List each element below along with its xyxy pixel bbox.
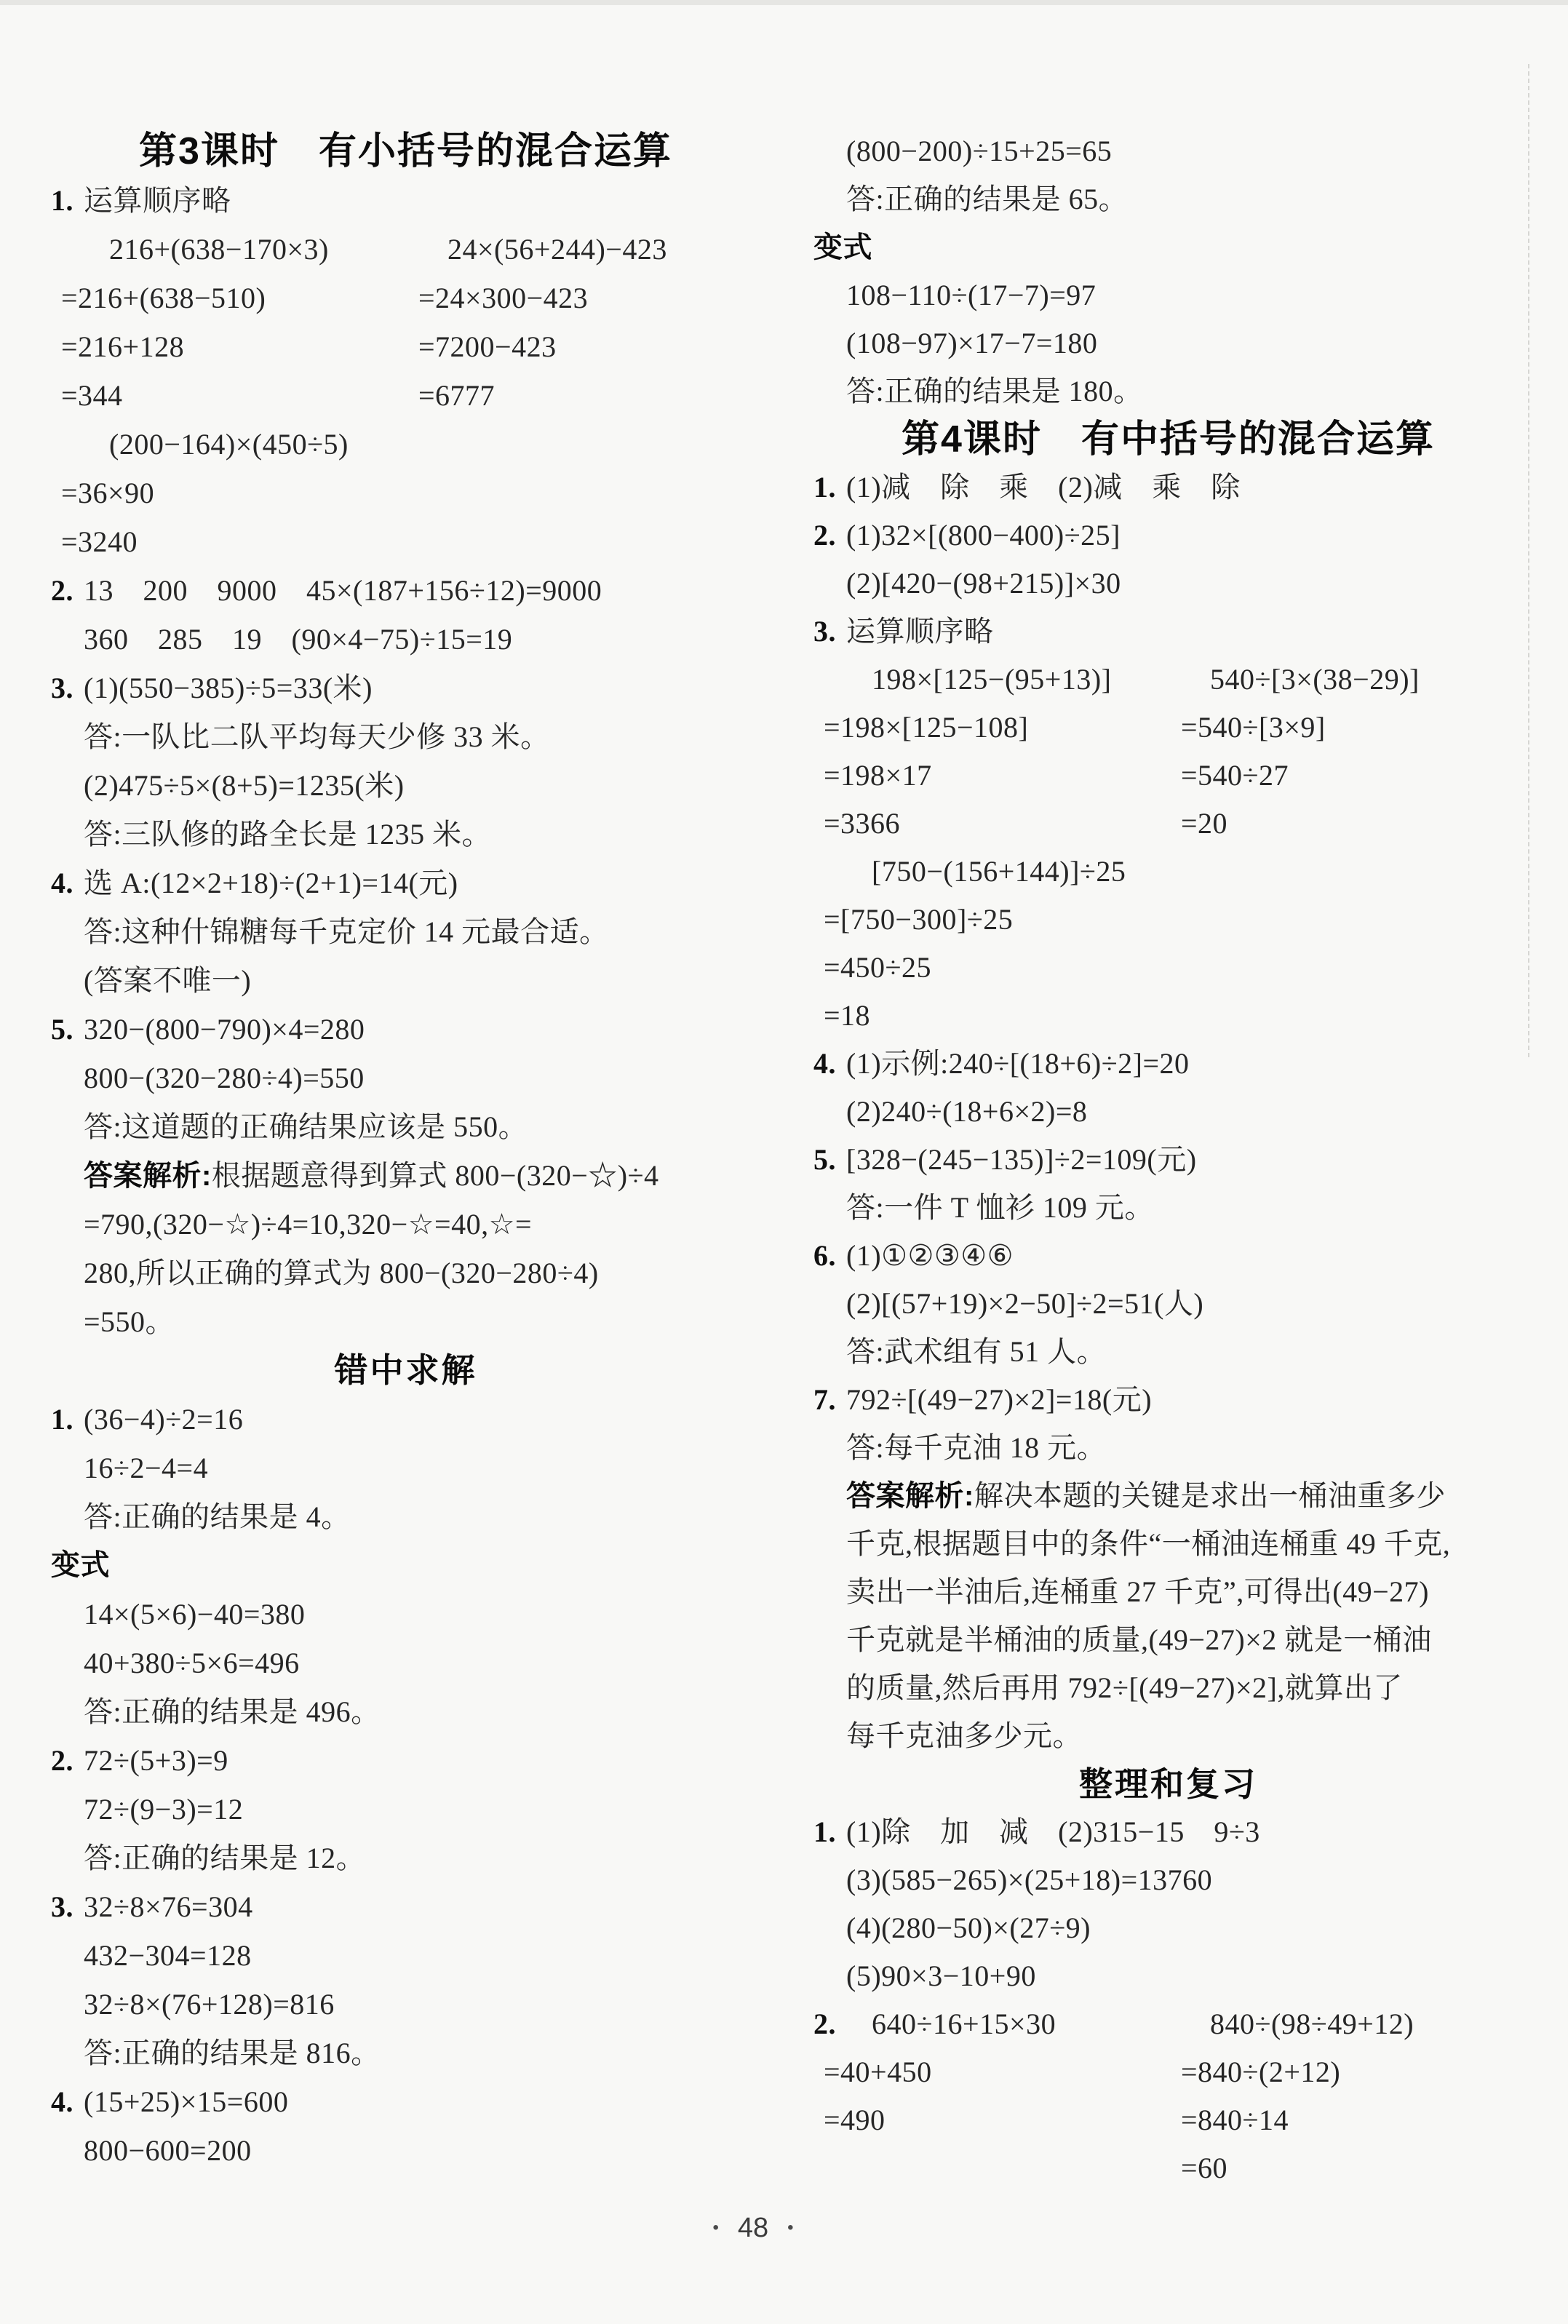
math-line: =3366=20 <box>813 800 1523 848</box>
text-line: (答案不唯一) <box>51 956 760 1005</box>
analysis-label: 答案解析: <box>846 1480 974 1512</box>
text-line: 32÷8×(76+128)=816 <box>51 1980 760 2029</box>
item-number: 6. <box>813 1232 836 1280</box>
math-line: =[750−300]÷25 <box>813 896 1523 944</box>
line-text: 32÷8×76=304 <box>84 1882 253 1931</box>
text-line: 800−600=200 <box>51 2126 760 2175</box>
item-number: 2. <box>51 566 73 615</box>
page-number: • 48 • <box>677 2205 829 2251</box>
math-step-right: 24×(56+244)−423 <box>447 225 667 274</box>
math-step-left: =3240 <box>61 517 138 566</box>
item-number: 2. <box>813 512 836 560</box>
line-text: (2)475÷5×(8+5)=1235(米) <box>84 761 405 810</box>
item-number: 1. <box>813 463 836 512</box>
numbered-line: 2.13 200 9000 45×(187+156÷12)=9000 <box>51 566 760 615</box>
line-text: 108−110÷(17−7)=97 <box>846 271 1096 319</box>
line-text: (2)[420−(98+215)]×30 <box>846 560 1121 608</box>
item-number: 5. <box>813 1136 836 1184</box>
text-line: 答:这种什锦糖每千克定价 14 元最合适。 <box>51 907 760 956</box>
line-text: 答:一队比二队平均每天少修 33 米。 <box>84 712 550 761</box>
line-text: 千克,根据题目中的条件“一桶油连桶重 49 千克, <box>846 1520 1450 1568</box>
numbered-line: 4.选 A:(12×2+18)÷(2+1)=14(元) <box>51 859 760 907</box>
math-step-left: =3366 <box>824 800 900 848</box>
numbered-line: 1.运算顺序略 <box>51 176 760 225</box>
math-line: 216+(638−170×3)24×(56+244)−423 <box>51 225 760 274</box>
line-text: 答:正确的结果是 496。 <box>84 1687 381 1736</box>
math-step-right: =540÷27 <box>1181 752 1289 800</box>
line-text: 运算顺序略 <box>84 176 231 225</box>
item-number: 4. <box>51 859 73 907</box>
lesson-title-text: 第4课时 有中括号的混合运算 <box>813 415 1523 463</box>
math-line: =216+128=7200−423 <box>51 322 760 371</box>
math-step-left: =216+128 <box>61 322 184 371</box>
line-text: (1)①②③④⑥ <box>846 1232 1014 1280</box>
math-step-left: =36×90 <box>61 469 154 517</box>
line-text: 13 200 9000 45×(187+156÷12)=9000 <box>84 566 602 615</box>
text-line: 答:三队修的路全长是 1235 米。 <box>51 810 760 859</box>
line-text: 选 A:(12×2+18)÷(2+1)=14(元) <box>84 859 458 907</box>
numbered-line: 3.运算顺序略 <box>813 608 1523 656</box>
section-header: 错中求解 <box>51 1346 760 1395</box>
numbered-line: 3.(1)(550−385)÷5=33(米) <box>51 664 760 712</box>
text-line: 答:一队比二队平均每天少修 33 米。 <box>51 712 760 761</box>
line-text: 答:这道题的正确结果应该是 550。 <box>84 1102 528 1151</box>
left-column: 第3课时 有小括号的混合运算1.运算顺序略216+(638−170×3)24×(… <box>51 127 760 2175</box>
item-number: 1. <box>813 1808 836 1856</box>
math-step-right: =24×300−423 <box>418 274 588 322</box>
math-step-left: (200−164)×(450÷5) <box>109 420 349 469</box>
line-text: (108−97)×17−7=180 <box>846 319 1097 367</box>
line-text: (36−4)÷2=16 <box>84 1395 243 1444</box>
text-line: 280,所以正确的算式为 800−(320−280÷4) <box>51 1249 760 1297</box>
math-line: =198×17=540÷27 <box>813 752 1523 800</box>
line-text: 答:一件 T 恤衫 109 元。 <box>846 1184 1154 1232</box>
variant-label: 变式 <box>813 223 872 271</box>
line-text: 800−(320−280÷4)=550 <box>84 1054 365 1102</box>
math-line: [750−(156+144)]÷25 <box>813 848 1523 896</box>
line-text: 卖出一半油后,连桶重 27 千克”,可得出(49−27) <box>846 1568 1429 1616</box>
text-line: 答:正确的结果是 496。 <box>51 1687 760 1736</box>
math-line: =36×90 <box>51 469 760 517</box>
text-line: 答:这道题的正确结果应该是 550。 <box>51 1102 760 1151</box>
math-step-left: =216+(638−510) <box>61 274 266 322</box>
analysis-line: 答案解析:解决本题的关键是求出一桶油重多少 <box>813 1472 1523 1520</box>
item-number: 4. <box>51 2077 73 2126</box>
line-text: 千克就是半桶油的质量,(49−27)×2 就是一桶油 <box>846 1616 1432 1664</box>
text-line: 答:正确的结果是 816。 <box>51 2029 760 2077</box>
text-line: (2)[(57+19)×2−50]÷2=51(人) <box>813 1280 1523 1328</box>
line-text: 答:正确的结果是 816。 <box>84 2029 381 2077</box>
math-step-right: =20 <box>1181 800 1227 848</box>
line-text: (1)除 加 减 (2)315−15 9÷3 <box>846 1808 1260 1856</box>
analysis-text: 答案解析:解决本题的关键是求出一桶油重多少 <box>846 1472 1446 1520</box>
line-text: 16÷2−4=4 <box>84 1444 208 1492</box>
line-text: (1)示例:240÷[(18+6)÷2]=20 <box>846 1040 1190 1088</box>
text-line: (3)(585−265)×(25+18)=13760 <box>813 1856 1523 1904</box>
numbered-line: 5.[328−(245−135)]÷2=109(元) <box>813 1136 1523 1184</box>
numbered-line: 1.(1)减 除 乘 (2)减 乘 除 <box>813 463 1523 512</box>
line-text: 答:武术组有 51 人。 <box>846 1328 1106 1376</box>
line-text: (1)32×[(800−400)÷25] <box>846 512 1121 560</box>
line-text: 72÷(9−3)=12 <box>84 1785 243 1834</box>
analysis-label: 答案解析: <box>84 1160 212 1192</box>
text-line: 108−110÷(17−7)=97 <box>813 271 1523 319</box>
line-text: 运算顺序略 <box>846 608 994 656</box>
item-number: 3. <box>813 608 836 656</box>
item-number: 1. <box>51 176 73 225</box>
math-step-left: =198×[125−108] <box>824 704 1028 752</box>
right-column: (800−200)÷15+25=65答:正确的结果是 65。变式108−110÷… <box>813 127 1523 2192</box>
item-number: 2. <box>813 2000 836 2048</box>
line-text: 的质量,然后再用 792÷[(49−27)×2],就算出了 <box>846 1664 1403 1712</box>
line-text: (3)(585−265)×(25+18)=13760 <box>846 1856 1212 1904</box>
text-line: 卖出一半油后,连桶重 27 千克”,可得出(49−27) <box>813 1568 1523 1616</box>
numbered-line: 5.320−(800−790)×4=280 <box>51 1005 760 1054</box>
line-text: [328−(245−135)]÷2=109(元) <box>846 1136 1197 1184</box>
math-line: =40+450=840÷(2+12) <box>813 2048 1523 2096</box>
item-number: 3. <box>51 1882 73 1931</box>
math-step-left: =[750−300]÷25 <box>824 896 1013 944</box>
variant-label-line: 变式 <box>51 1541 760 1590</box>
text-line: 答:正确的结果是 4。 <box>51 1492 760 1541</box>
line-text: 14×(5×6)−40=380 <box>84 1590 305 1639</box>
numbered-line: 4.(15+25)×15=600 <box>51 2077 760 2126</box>
page-fold-dashed-line <box>1528 64 1529 1057</box>
line-text: (答案不唯一) <box>84 956 251 1005</box>
text-line: (2)[420−(98+215)]×30 <box>813 560 1523 608</box>
math-step-left: =198×17 <box>824 752 932 800</box>
math-step-left: =490 <box>824 2096 886 2144</box>
line-text: 40+380÷5×6=496 <box>84 1639 300 1687</box>
line-text: 答:每千克油 18 元。 <box>846 1424 1106 1472</box>
text-line: (108−97)×17−7=180 <box>813 319 1523 367</box>
line-text: (2)[(57+19)×2−50]÷2=51(人) <box>846 1280 1203 1328</box>
text-line: 答:一件 T 恤衫 109 元。 <box>813 1184 1523 1232</box>
math-line: =450÷25 <box>813 944 1523 992</box>
text-line: =550。 <box>51 1297 760 1346</box>
line-text: (15+25)×15=600 <box>84 2077 288 2126</box>
line-text: =550。 <box>84 1297 175 1346</box>
math-step-right: =840÷(2+12) <box>1181 2048 1340 2096</box>
math-line: =60 <box>813 2144 1523 2192</box>
item-number: 1. <box>51 1395 73 1444</box>
line-text: 72÷(5+3)=9 <box>84 1736 228 1785</box>
numbered-line: 1.(1)除 加 减 (2)315−15 9÷3 <box>813 1808 1523 1856</box>
analysis-text: 答案解析:根据题意得到算式 800−(320−☆)÷4 <box>84 1151 659 1201</box>
text-line: 千克,根据题目中的条件“一桶油连桶重 49 千克, <box>813 1520 1523 1568</box>
text-line: 432−304=128 <box>51 1931 760 1980</box>
line-text: 792÷[(49−27)×2]=18(元) <box>846 1376 1152 1424</box>
text-line: (4)(280−50)×(27÷9) <box>813 1904 1523 1952</box>
line-text: 每千克油多少元。 <box>846 1712 1082 1760</box>
workbook-answer-page: 第3课时 有小括号的混合运算1.运算顺序略216+(638−170×3)24×(… <box>0 0 1568 2324</box>
text-line: 360 285 19 (90×4−75)÷15=19 <box>51 615 760 664</box>
text-line: 答:正确的结果是 12。 <box>51 1834 760 1882</box>
numbered-line: 3.32÷8×76=304 <box>51 1882 760 1931</box>
scan-edge-artifact <box>0 0 1568 5</box>
line-text: (5)90×3−10+90 <box>846 1952 1036 2000</box>
math-step-left: 198×[125−(95+13)] <box>872 656 1111 704</box>
analysis-line: 答案解析:根据题意得到算式 800−(320−☆)÷4 <box>51 1151 760 1200</box>
text-line: 答:每千克油 18 元。 <box>813 1424 1523 1472</box>
math-step-left: =450÷25 <box>824 944 931 992</box>
page-number-left-dot: • <box>712 2218 718 2238</box>
math-line: 198×[125−(95+13)]540÷[3×(38−29)] <box>813 656 1523 704</box>
line-text: (1)(550−385)÷5=33(米) <box>84 664 373 712</box>
math-step-left: 216+(638−170×3) <box>109 225 329 274</box>
math-step-right: =60 <box>1181 2144 1227 2192</box>
math-line: (200−164)×(450÷5) <box>51 420 760 469</box>
text-line: 40+380÷5×6=496 <box>51 1639 760 1687</box>
text-line: 的质量,然后再用 792÷[(49−27)×2],就算出了 <box>813 1664 1523 1712</box>
lesson-title: 第4课时 有中括号的混合运算 <box>813 415 1523 463</box>
math-step-left: 640÷16+15×30 <box>872 2000 1056 2048</box>
page-number-right-dot: • <box>787 2218 793 2238</box>
line-text: 答:这种什锦糖每千克定价 14 元最合适。 <box>84 907 609 956</box>
numbered-math-line: 2.640÷16+15×30840÷(98÷49+12) <box>813 2000 1523 2048</box>
math-step-right: 840÷(98÷49+12) <box>1210 2000 1414 2048</box>
numbered-line: 6.(1)①②③④⑥ <box>813 1232 1523 1280</box>
math-line: =344=6777 <box>51 371 760 420</box>
line-text: 280,所以正确的算式为 800−(320−280÷4) <box>84 1249 599 1297</box>
line-text: 32÷8×(76+128)=816 <box>84 1980 335 2029</box>
math-step-right: 540÷[3×(38−29)] <box>1210 656 1420 704</box>
text-line: 答:武术组有 51 人。 <box>813 1328 1523 1376</box>
numbered-line: 7.792÷[(49−27)×2]=18(元) <box>813 1376 1523 1424</box>
line-text: =790,(320−☆)÷4=10,320−☆=40,☆= <box>84 1200 532 1249</box>
section-header: 整理和复习 <box>813 1760 1523 1808</box>
line-text: 800−600=200 <box>84 2126 252 2175</box>
math-step-right: =540÷[3×9] <box>1181 704 1326 752</box>
numbered-line: 2.(1)32×[(800−400)÷25] <box>813 512 1523 560</box>
text-line: (2)475÷5×(8+5)=1235(米) <box>51 761 760 810</box>
lesson-title: 第3课时 有小括号的混合运算 <box>51 127 760 176</box>
text-line: (5)90×3−10+90 <box>813 1952 1523 2000</box>
math-line: =18 <box>813 992 1523 1040</box>
math-line: =3240 <box>51 517 760 566</box>
text-line: 14×(5×6)−40=380 <box>51 1590 760 1639</box>
page-number-value: 48 <box>738 2213 768 2244</box>
text-line: (800−200)÷15+25=65 <box>813 127 1523 175</box>
math-step-right: =6777 <box>418 371 495 420</box>
item-number: 4. <box>813 1040 836 1088</box>
math-step-right: =840÷14 <box>1181 2096 1289 2144</box>
variant-label: 变式 <box>51 1541 110 1590</box>
item-number: 2. <box>51 1736 73 1785</box>
text-line: 千克就是半桶油的质量,(49−27)×2 就是一桶油 <box>813 1616 1523 1664</box>
section-header-text: 整理和复习 <box>813 1760 1523 1808</box>
math-line: =198×[125−108]=540÷[3×9] <box>813 704 1523 752</box>
item-number: 7. <box>813 1376 836 1424</box>
text-line: =790,(320−☆)÷4=10,320−☆=40,☆= <box>51 1200 760 1249</box>
line-text: 432−304=128 <box>84 1931 252 1980</box>
numbered-line: 4.(1)示例:240÷[(18+6)÷2]=20 <box>813 1040 1523 1088</box>
lesson-title-text: 第3课时 有小括号的混合运算 <box>51 127 760 176</box>
line-text: (800−200)÷15+25=65 <box>846 127 1112 175</box>
math-step-left: =40+450 <box>824 2048 932 2096</box>
line-text: 答:正确的结果是 180。 <box>846 367 1143 415</box>
numbered-line: 2.72÷(5+3)=9 <box>51 1736 760 1785</box>
text-line: 72÷(9−3)=12 <box>51 1785 760 1834</box>
item-number: 5. <box>51 1005 73 1054</box>
math-line: =490=840÷14 <box>813 2096 1523 2144</box>
line-text: 答:正确的结果是 65。 <box>846 175 1128 223</box>
numbered-line: 1.(36−4)÷2=16 <box>51 1395 760 1444</box>
math-step-left: =18 <box>824 992 870 1040</box>
text-line: 答:正确的结果是 180。 <box>813 367 1523 415</box>
line-text: (4)(280−50)×(27÷9) <box>846 1904 1091 1952</box>
line-text: (2)240÷(18+6×2)=8 <box>846 1088 1087 1136</box>
math-line: =216+(638−510)=24×300−423 <box>51 274 760 322</box>
line-text: 320−(800−790)×4=280 <box>84 1005 365 1054</box>
line-text: (1)减 除 乘 (2)减 乘 除 <box>846 463 1241 512</box>
math-step-left: =344 <box>61 371 123 420</box>
text-line: 16÷2−4=4 <box>51 1444 760 1492</box>
line-text: 答:正确的结果是 12。 <box>84 1834 365 1882</box>
line-text: 360 285 19 (90×4−75)÷15=19 <box>84 615 512 664</box>
text-line: (2)240÷(18+6×2)=8 <box>813 1088 1523 1136</box>
math-step-right: =7200−423 <box>418 322 557 371</box>
line-text: 答:正确的结果是 4。 <box>84 1492 351 1541</box>
text-line: 800−(320−280÷4)=550 <box>51 1054 760 1102</box>
math-step-left: [750−(156+144)]÷25 <box>872 848 1126 896</box>
text-line: 答:正确的结果是 65。 <box>813 175 1523 223</box>
item-number: 3. <box>51 664 73 712</box>
text-line: 每千克油多少元。 <box>813 1712 1523 1760</box>
section-header-text: 错中求解 <box>51 1346 760 1395</box>
variant-label-line: 变式 <box>813 223 1523 271</box>
line-text: 答:三队修的路全长是 1235 米。 <box>84 810 491 859</box>
